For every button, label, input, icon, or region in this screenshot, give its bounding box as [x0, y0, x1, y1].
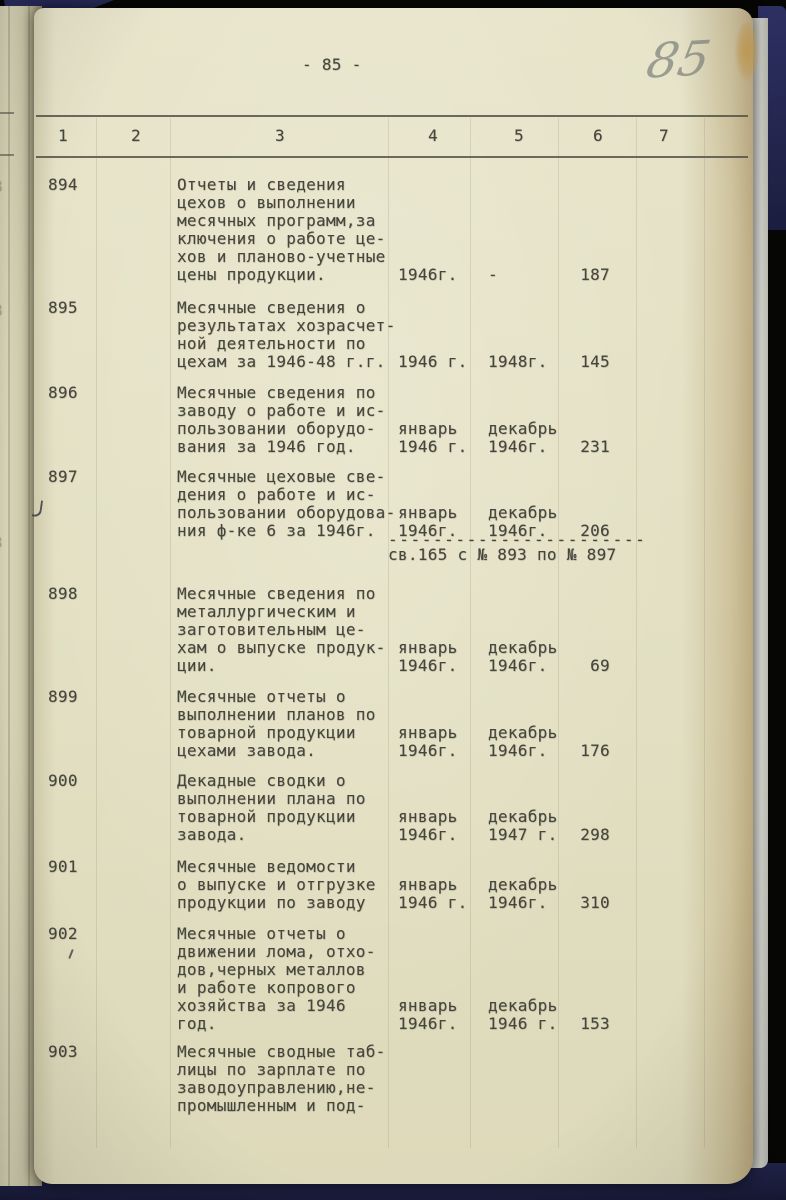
- column-header-4: 4: [428, 127, 438, 145]
- entry-sheet-count: 231: [540, 438, 610, 456]
- entry-description: Месячные цеховые све- дения о работе и и…: [177, 468, 419, 540]
- tape-stain: [736, 22, 758, 80]
- entry-description: Отчеты и сведения цехов о выполнении мес…: [177, 176, 419, 284]
- typed-page-number: - 85 -: [302, 56, 362, 74]
- table-row: 898 Месячные сведения по металлургически…: [0, 585, 786, 675]
- column-header-7: 7: [659, 127, 669, 145]
- scanned-archive-page: 8 8 3 - 85 - 85 1 2 3 4 5 6 7 894 Отчеты…: [0, 0, 786, 1200]
- entry-start-date: 1946 г.: [398, 353, 484, 371]
- table-row: 897 Месячные цеховые све- дения о работе…: [0, 468, 786, 540]
- entry-description: Месячные сведения по металлургическим и …: [177, 585, 419, 675]
- table-row: 894 Отчеты и сведения цехов о выполнении…: [0, 176, 786, 284]
- handwritten-page-number: 85: [643, 32, 715, 87]
- entry-sheet-count: 153: [540, 1015, 610, 1033]
- entry-description: Месячные сведения о результатах хозрасче…: [177, 299, 419, 371]
- entry-number: 903: [48, 1043, 108, 1061]
- column-header-3: 3: [275, 127, 285, 145]
- column-header-1: 1: [58, 127, 68, 145]
- entry-start-date: январь 1946г.: [398, 997, 484, 1033]
- entry-description: Месячные сведения по заводу о работе и и…: [177, 384, 419, 456]
- entry-sheet-count: 145: [540, 353, 610, 371]
- entry-number: 899: [48, 688, 108, 706]
- entry-number: 894: [48, 176, 108, 194]
- entry-start-date: январь 1946г.: [398, 808, 484, 844]
- column-header-6: 6: [593, 127, 603, 145]
- entry-number: 895: [48, 299, 108, 317]
- entry-number: 896: [48, 384, 108, 402]
- table-row: 900 Декадные сводки о выполнении плана п…: [0, 772, 786, 844]
- entry-sheet-count: 187: [540, 266, 610, 284]
- entry-description: Месячные отчеты о движении лома, отхо- д…: [177, 925, 419, 1033]
- table-row: 895 Месячные сведения о результатах хозр…: [0, 299, 786, 371]
- entry-number: 902: [48, 925, 108, 943]
- entry-start-date: январь 1946 г.: [398, 876, 484, 912]
- entry-start-date: январь 1946г.: [398, 724, 484, 760]
- group-summary-text: св.165 с № 893 по № 897: [388, 546, 644, 564]
- group-summary-note: ------------------------ св.165 с № 893 …: [388, 534, 644, 564]
- table-row: 899 Месячные отчеты о выполнении планов …: [0, 688, 786, 760]
- entry-number: 900: [48, 772, 108, 790]
- entry-start-date: январь 1946г.: [398, 639, 484, 675]
- bleed-through-rule: [0, 112, 14, 114]
- entry-description: Месячные отчеты о выполнении планов по т…: [177, 688, 419, 760]
- entry-number: 901: [48, 858, 108, 876]
- bleed-through-rule: [0, 154, 14, 156]
- entry-sheet-count: 298: [540, 826, 610, 844]
- column-header-2: 2: [131, 127, 141, 145]
- entry-start-date: 1946г.: [398, 266, 484, 284]
- entry-sheet-count: 176: [540, 742, 610, 760]
- column-header-5: 5: [514, 127, 524, 145]
- table-row: 903 Месячные сводные таб- лицы по зарпла…: [0, 1043, 786, 1115]
- table-top-rule: [36, 115, 748, 117]
- entry-sheet-count: 69: [540, 657, 610, 675]
- entry-description: Месячные ведомости о выпуске и отгрузке …: [177, 858, 419, 912]
- table-row: 896 Месячные сведения по заводу о работе…: [0, 384, 786, 456]
- entry-start-date: январь 1946 г.: [398, 420, 484, 456]
- entry-sheet-count: 310: [540, 894, 610, 912]
- table-header-rule: [36, 156, 748, 158]
- entry-description: Месячные сводные таб- лицы по зарплате п…: [177, 1043, 419, 1115]
- table-row: 901 Месячные ведомости о выпуске и отгру…: [0, 858, 786, 912]
- entry-number: 897: [48, 468, 108, 486]
- entry-number: 898: [48, 585, 108, 603]
- table-row: 902 Месячные отчеты о движении лома, отх…: [0, 925, 786, 1033]
- entry-description: Декадные сводки о выполнении плана по то…: [177, 772, 419, 844]
